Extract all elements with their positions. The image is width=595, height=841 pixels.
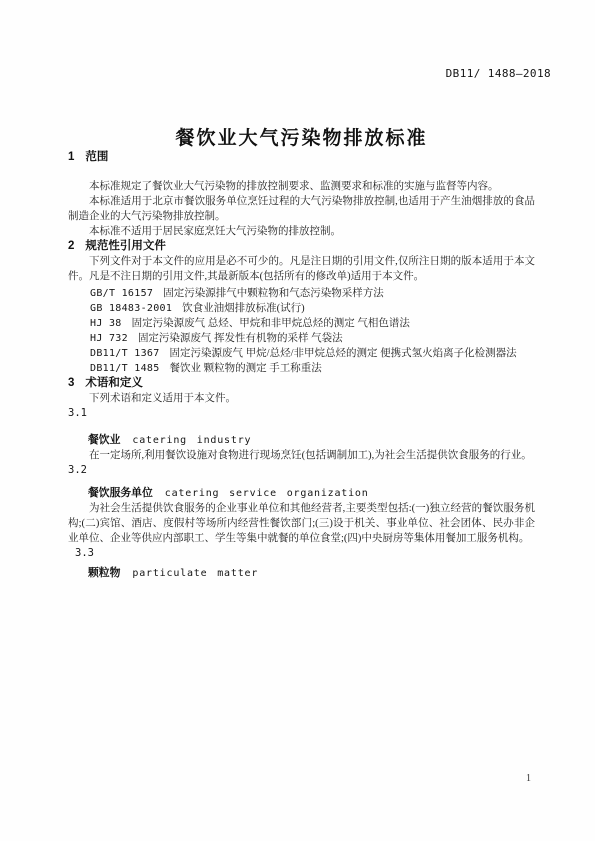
reference-item: DB11/T 1367 固定污染源废气 甲烷/总烃/非甲烷总烃的测定 便携式氢火… <box>90 346 535 361</box>
term-3-3: 颗粒物particulate matter <box>68 566 535 581</box>
paragraph: 本标准规定了餐饮业大气污染物的排放控制要求、监测要求和标准的实施与监督等内容。 <box>68 179 535 194</box>
term-zh: 餐饮业 <box>88 434 120 446</box>
paragraph: 本标准不适用于居民家庭烹饪大气污染物的排放控制。 <box>68 224 535 239</box>
section-2-title: 规范性引用文件 <box>85 240 166 252</box>
term-en: catering service organization <box>165 488 369 499</box>
reference-code: GB/T 16157 <box>90 286 153 301</box>
section-2-intro: 下列文件对于本文件的应用是必不可少的。凡是注日期的引用文件,仅所注日期的版本适用… <box>68 254 535 284</box>
reference-title: 固定污染源废气 甲烷/总烃/非甲烷总烃的测定 便携式氢火焰离子化检测器法 <box>170 346 517 361</box>
reference-item: GB/T 16157 固定污染源排气中颗粒物和气态污染物采样方法 <box>90 286 535 301</box>
term-zh: 颗粒物 <box>88 567 120 579</box>
reference-title: 餐饮业 颗粒物的测定 手工称重法 <box>170 361 322 376</box>
term-en: particulate matter <box>132 568 258 579</box>
clause-number-3-3: 3.3 <box>68 546 535 561</box>
reference-item: HJ 732 固定污染源废气 挥发性有机物的采样 气袋法 <box>90 331 535 346</box>
reference-title: 固定污染源废气 总烃、甲烷和非甲烷总烃的测定 气相色谱法 <box>132 316 410 331</box>
reference-item: DB11/T 1485 餐饮业 颗粒物的测定 手工称重法 <box>90 361 535 376</box>
section-2-heading: 2规范性引用文件 <box>68 239 535 254</box>
section-1-body: 本标准规定了餐饮业大气污染物的排放控制要求、监测要求和标准的实施与监督等内容。 … <box>68 179 535 239</box>
term-3-2: 餐饮服务单位catering service organization <box>68 486 535 501</box>
section-2-number: 2 <box>68 240 74 252</box>
paragraph: 本标准适用于北京市餐饮服务单位烹饪过程的大气污染物排放控制,也适用于产生油烟排放… <box>68 194 535 224</box>
reference-code: DB11/T 1485 <box>90 361 160 376</box>
document-title: 餐饮业大气污染物排放标准 <box>68 128 535 150</box>
page-number: 1 <box>526 771 531 786</box>
reference-title: 饮食业油烟排放标准(试行) <box>182 301 305 316</box>
reference-title: 固定污染源废气 挥发性有机物的采样 气袋法 <box>138 331 343 346</box>
section-3-title: 术语和定义 <box>85 377 143 389</box>
reference-code: HJ 732 <box>90 331 128 346</box>
term-3-1: 餐饮业catering industry <box>68 433 535 448</box>
clause-number-3-2: 3.2 <box>68 463 535 478</box>
doc-number: DB11/ 1488—2018 <box>446 66 551 81</box>
section-3-heading: 3术语和定义 <box>68 376 535 391</box>
section-1-number: 1 <box>68 151 74 163</box>
clause-number-3-1: 3.1 <box>68 406 535 421</box>
document-page: DB11/ 1488—2018 餐饮业大气污染物排放标准 1范围 本标准规定了餐… <box>0 0 595 841</box>
reference-code: GB 18483-2001 <box>90 301 172 316</box>
section-3-intro: 下列术语和定义适用于本文件。 <box>68 391 535 406</box>
reference-code: HJ 38 <box>90 316 122 331</box>
reference-code: DB11/T 1367 <box>90 346 160 361</box>
reference-title: 固定污染源排气中颗粒物和气态污染物采样方法 <box>163 286 384 301</box>
term-en: catering industry <box>132 435 251 446</box>
term-definition-3-2: 为社会生活提供饮食服务的企业事业单位和其他经营者,主要类型包括:(一)独立经营的… <box>68 501 535 546</box>
section-1-title: 范围 <box>85 151 108 163</box>
section-1-heading: 1范围 <box>68 150 535 165</box>
reference-list: GB/T 16157 固定污染源排气中颗粒物和气态污染物采样方法 GB 1848… <box>68 286 535 376</box>
term-definition-3-1: 在一定场所,利用餐饮设施对食物进行现场烹饪(包括调制加工),为社会生活提供饮食服… <box>68 448 535 463</box>
reference-item: GB 18483-2001 饮食业油烟排放标准(试行) <box>90 301 535 316</box>
reference-item: HJ 38 固定污染源废气 总烃、甲烷和非甲烷总烃的测定 气相色谱法 <box>90 316 535 331</box>
section-3-number: 3 <box>68 377 74 389</box>
term-zh: 餐饮服务单位 <box>88 487 153 499</box>
